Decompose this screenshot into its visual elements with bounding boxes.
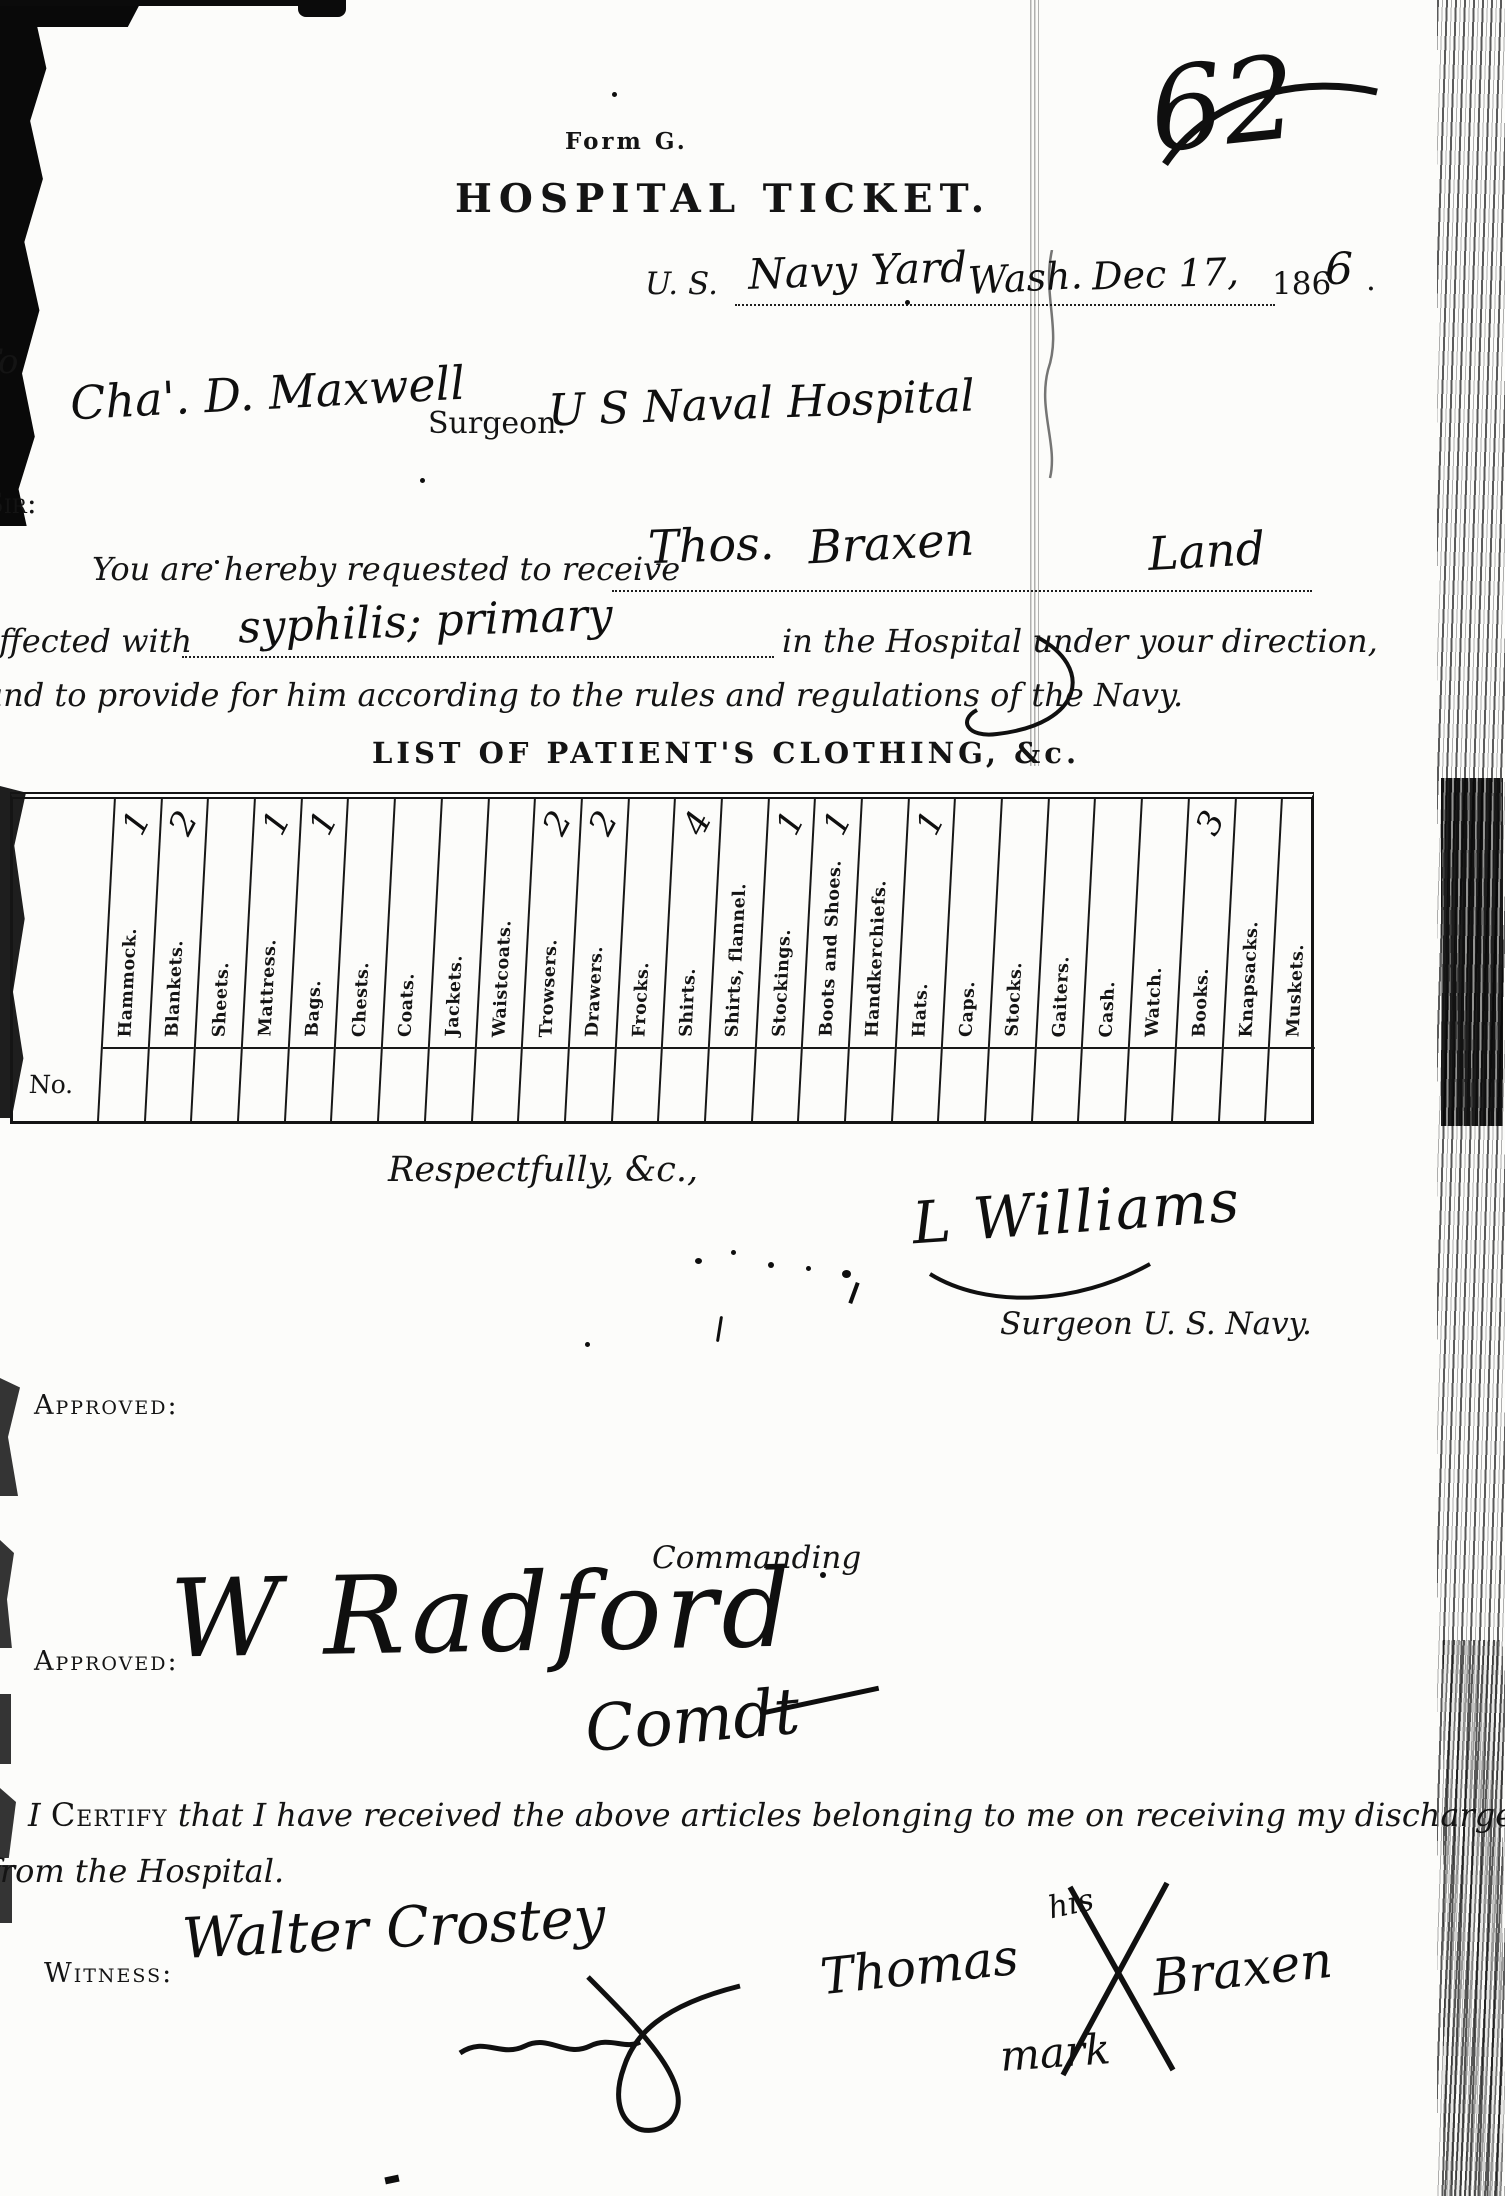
ink-speck [806,1266,811,1271]
clothing-column-label: Frocks. [629,952,654,1047]
clothing-column-label: Jackets. [442,945,467,1047]
clothing-column-label: Knapsacks. [1236,911,1263,1047]
clothing-column-label: Waistcoats. [489,910,516,1047]
clothing-column-label: Sheets. [209,952,234,1047]
patient-mark-first-name: Thomas [818,1928,1022,2006]
respectfully-text: Respectfully, &c., [388,1150,698,1190]
scan-artifact-left-tick [0,1694,11,1764]
approved-label-2: Approved: [34,1646,179,1677]
hospital-direction-text: in the Hospital under your direction, [782,622,1378,660]
ink-speck [384,2175,399,2185]
surgeon-signature-swash [925,1256,1155,1311]
clothing-column-label: Hammock. [115,918,142,1047]
ink-speck [768,1262,774,1268]
handwritten-year-digit: 6 [1325,244,1353,295]
ink-speck [420,478,425,483]
commander-title-handwritten: Comdt [582,1675,803,1767]
certify-text-line1: I Certify that I have received the above… [28,1796,1505,1834]
ink-speck [848,1282,859,1304]
recipient-title-label: Surgeon. [428,406,566,441]
clothing-column-label: Stocks. [1002,952,1027,1047]
approved-label-1: Approved: [34,1390,179,1421]
clothing-column-label: Books. [1189,958,1214,1047]
dateline-period: . [1366,262,1376,298]
scan-artifact-left-strip [0,0,58,526]
certify-rest: that I have received the above articles … [178,1796,1505,1834]
handwritten-patient-last: Land [1147,521,1267,581]
handwritten-city: Wash. [967,253,1084,303]
ink-speck [842,1270,851,1278]
scan-artifact-left-tick [0,1788,16,1858]
clothing-column-label: Caps. [956,971,980,1047]
witness-label: Witness: [44,1958,173,1989]
salutation: Sir: [0,486,37,520]
handwritten-place: Navy Yard [747,242,968,299]
corner-number-flourish [1155,72,1390,182]
clothing-column-label: Trowsers. [535,929,561,1047]
scan-artifact-binding-dark [1441,778,1503,1126]
dateline-printed-prefix: U. S. [645,266,718,302]
ink-speck [716,1316,723,1342]
clothing-list-heading: LIST OF PATIENT'S CLOTHING, &c. [372,736,1080,770]
clothing-column-label: Mattress. [255,929,281,1047]
clothing-column-header: Muskets. [1270,799,1328,1049]
handwritten-patient-first: Thos. [647,516,775,574]
scan-artifact-top-line [0,0,338,6]
clothing-column-label: Watch. [1142,957,1167,1047]
ink-speck [905,300,910,305]
clothing-column-label: Muskets. [1282,934,1308,1047]
handwritten-station: U S Naval Hospital [547,371,975,437]
request-line-printed: You are hereby requested to receive [92,550,680,588]
ink-speck [215,560,219,564]
clothing-column-label: Drawers. [582,936,608,1047]
clothing-table: No. Hammock. 1 Blankets. 2 Sheets. Mattr… [10,792,1314,1124]
ink-speck [731,1250,736,1255]
clothing-column-label: Shirts, flannel. [722,873,751,1047]
clothing-column-label: Stockings. [769,919,796,1047]
to-label: To [0,342,19,382]
surgeon-title-text: Surgeon U. S. Navy. [1000,1306,1312,1342]
certify-text-line2: from the Hospital. [0,1852,284,1890]
dateline-printed-year: 186 [1272,266,1331,302]
scan-artifact-left-tick [0,1540,14,1648]
scan-artifact-binding-dark [1443,1640,1503,2196]
surgeon-signature: L Williams [910,1167,1243,1258]
mark-word: mark [998,2024,1112,2081]
witness-signature: Walter Crostey [181,1885,607,1972]
clothing-column-label: Chests. [349,952,374,1047]
clothing-column-label: Shirts. [675,958,700,1047]
clothing-column-label: Hats. [909,973,933,1047]
clothing-column-label: Coats. [395,963,419,1047]
scan-artifact-left-tick [0,1378,20,1496]
witness-underline-squiggle [455,2028,645,2068]
form-number-label: Form G. [565,128,688,155]
clothing-column-label: Cash. [1096,971,1120,1047]
handwritten-date: Dec 17, [1091,249,1239,298]
clothing-column-label: Handkerchiefs. [862,870,891,1047]
scan-artifact-top-blob [298,0,346,17]
handwritten-recipient-name: Cha'. D. Maxwell [69,356,466,431]
no-label: No. [28,1070,74,1099]
ink-speck [695,1258,702,1264]
clothing-column-label: Blankets. [162,930,188,1047]
clothing-column-label: Gaiters. [1049,946,1074,1047]
ink-speck [612,92,617,97]
clothing-column-label: Boots and Shoes. [816,850,846,1047]
certify-keyword: Certify [51,1796,168,1834]
page-title: HOSPITAL TICKET. [455,176,991,222]
scanned-hospital-ticket: { "document": { "form_label": "Form G.",… [0,0,1505,2196]
ink-speck [585,1342,590,1347]
clothing-column-label: Bags. [302,970,326,1047]
certify-lead: I [28,1796,41,1834]
affected-with-label: affected with [0,622,192,660]
rules-regulations-text: and to provide for him according to the … [0,676,1183,714]
commander-signature: W Radford [169,1547,796,1683]
handwritten-patient-mid: Braxen [807,512,976,575]
clothing-columns: No. Hammock. 1 Blankets. 2 Sheets. Mattr… [13,799,1328,1121]
